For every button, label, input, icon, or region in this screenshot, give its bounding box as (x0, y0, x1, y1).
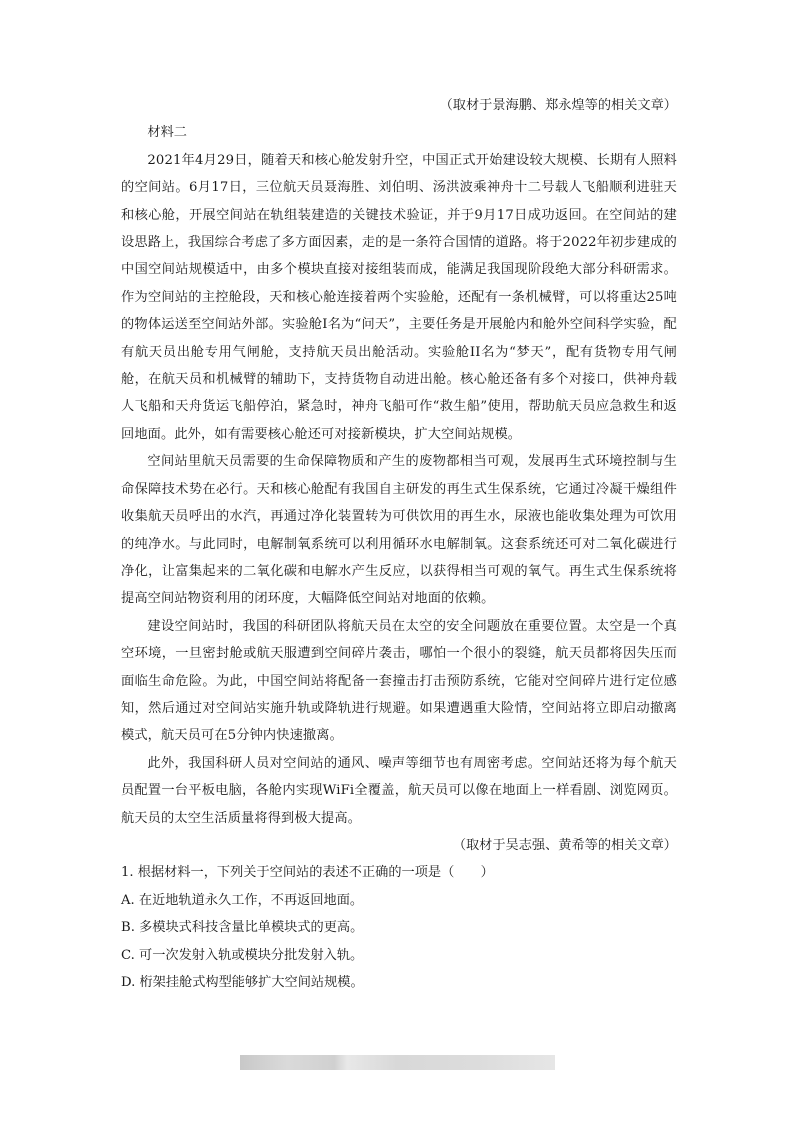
source-citation-1: （取材于景海鹏、郑永煌等的相关文章） (121, 92, 677, 119)
question-number: 1. (121, 865, 134, 880)
option-letter: B. (121, 920, 135, 935)
option-text: 桁架挂舱式构型能够扩大空间站规模。 (140, 975, 364, 990)
paragraph: 2021年4月29日，随着天和核心舱发射升空，中国正式开始建设较大规模、长期有人… (121, 147, 677, 448)
redacted-footer-bar (240, 1055, 555, 1070)
source-citation-2: （取材于吴志强、黄希等的相关文章） (121, 832, 677, 859)
paragraph: 建设空间站时，我国的科研团队将航天员在太空的安全问题放在重要位置。太空是一个真空… (121, 613, 677, 750)
option-text: 可一次发射入轨或模块分批发射入轨。 (139, 948, 363, 963)
option-text: 多模块式科技含量比单模块式的更高。 (139, 920, 363, 935)
option-a: A. 在近地轨道永久工作，不再返回地面。 (121, 887, 677, 914)
paragraph: 空间站里航天员需要的生命保障物质和产生的废物都相当可观，发展再生式环境控制与生命… (121, 448, 677, 612)
material-body: 2021年4月29日，随着天和核心舱发射升空，中国正式开始建设较大规模、长期有人… (121, 147, 677, 832)
option-text: 在近地轨道永久工作，不再返回地面。 (139, 893, 363, 908)
option-letter: A. (121, 893, 135, 908)
option-letter: C. (121, 948, 135, 963)
option-d: D. 桁架挂舱式构型能够扩大空间站规模。 (121, 969, 677, 996)
question-stem: 1. 根据材料一，下列关于空间站的表述不正确的一项是（ ） (121, 859, 677, 886)
option-c: C. 可一次发射入轨或模块分批发射入轨。 (121, 942, 677, 969)
question-text: 根据材料一，下列关于空间站的表述不正确的一项是（ ） (138, 865, 494, 880)
paragraph: 此外，我国科研人员对空间站的通风、噪声等细节也有周密考虑。空间站还将为每个航天员… (121, 750, 677, 832)
option-letter: D. (121, 975, 135, 990)
option-b: B. 多模块式科技含量比单模块式的更高。 (121, 914, 677, 941)
document-page: （取材于景海鹏、郑永煌等的相关文章） 材料二 2021年4月29日，随着天和核心… (121, 92, 677, 996)
material-heading: 材料二 (121, 119, 677, 146)
